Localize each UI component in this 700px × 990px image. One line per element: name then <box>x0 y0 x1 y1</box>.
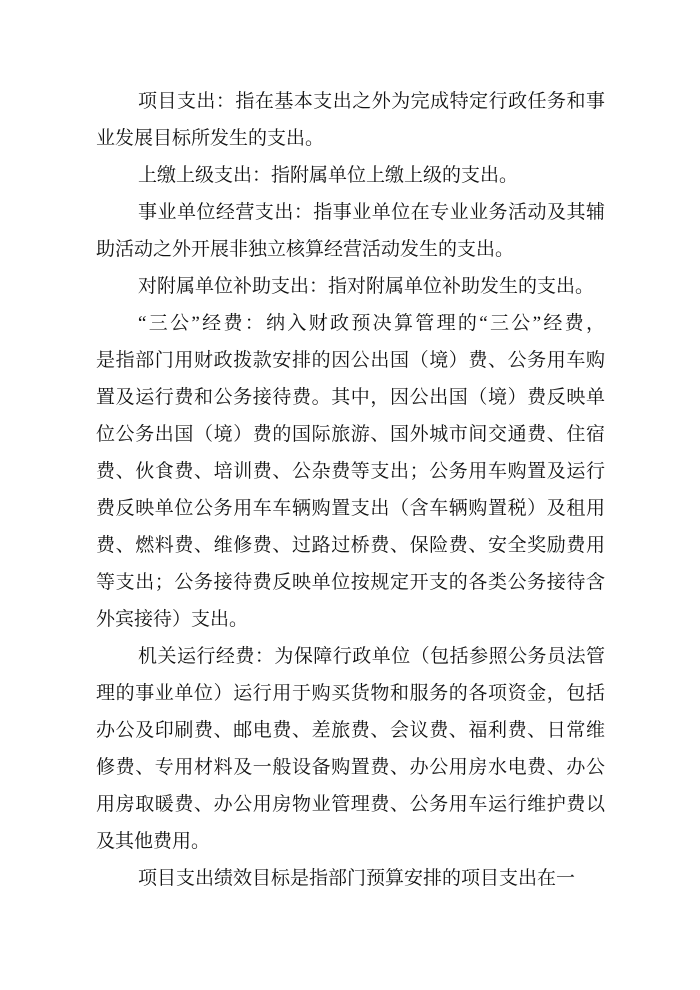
doc-line: 项目支出绩效目标是指部门预算安排的项目支出在一 <box>96 860 605 897</box>
doc-line: 费反映单位公务用车车辆购置支出（含车辆购置税）及租用 <box>96 490 605 527</box>
doc-line: 位公务出国（境）费的国际旅游、国外城市间交通费、住宿 <box>96 416 605 453</box>
document-page: 项目支出：指在基本支出之外为完成特定行政任务和事 业发展目标所发生的支出。 上缴… <box>0 0 700 990</box>
doc-line: “三公”经费：纳入财政预决算管理的“三公”经费， <box>96 305 605 342</box>
paragraph-subsidy-to-affiliated-units: 对附属单位补助支出：指对附属单位补助发生的支出。 <box>96 268 605 305</box>
doc-line: 置及运行费和公务接待费。其中，因公出国（境）费反映单 <box>96 379 605 416</box>
doc-line: 费、燃料费、维修费、过路过桥费、保险费、安全奖励费用 <box>96 527 605 564</box>
doc-line: 用房取暖费、办公用房物业管理费、公务用车运行维护费以 <box>96 786 605 823</box>
doc-line: 是指部门用财政拨款安排的因公出国（境）费、公务用车购 <box>96 342 605 379</box>
doc-line: 事业单位经营支出：指事业单位在专业业务活动及其辅 <box>96 194 605 231</box>
doc-line: 修费、专用材料及一般设备购置费、办公用房水电费、办公 <box>96 749 605 786</box>
doc-line: 费、伙食费、培训费、公杂费等支出；公务用车购置及运行 <box>96 453 605 490</box>
paragraph-three-public-funds: “三公”经费：纳入财政预决算管理的“三公”经费， 是指部门用财政拨款安排的因公出… <box>96 305 605 638</box>
doc-line: 办公及印刷费、邮电费、差旅费、会议费、福利费、日常维 <box>96 712 605 749</box>
doc-line: 理的事业单位）运行用于购买货物和服务的各项资金，包括 <box>96 675 605 712</box>
doc-line: 等支出；公务接待费反映单位按规定开支的各类公务接待含 <box>96 564 605 601</box>
paragraph-payment-to-superior: 上缴上级支出：指附属单位上缴上级的支出。 <box>96 157 605 194</box>
paragraph-project-expenditure: 项目支出：指在基本支出之外为完成特定行政任务和事 业发展目标所发生的支出。 <box>96 83 605 157</box>
paragraph-agency-operating-funds: 机关运行经费：为保障行政单位（包括参照公务员法管 理的事业单位）运行用于购买货物… <box>96 638 605 860</box>
doc-line: 外宾接待）支出。 <box>96 601 605 638</box>
doc-line: 项目支出：指在基本支出之外为完成特定行政任务和事 <box>96 83 605 120</box>
doc-line: 及其他费用。 <box>96 823 605 860</box>
paragraph-project-performance-goals: 项目支出绩效目标是指部门预算安排的项目支出在一 <box>96 860 605 897</box>
doc-line: 助活动之外开展非独立核算经营活动发生的支出。 <box>96 231 605 268</box>
doc-line: 对附属单位补助支出：指对附属单位补助发生的支出。 <box>96 268 605 305</box>
doc-line: 机关运行经费：为保障行政单位（包括参照公务员法管 <box>96 638 605 675</box>
paragraph-business-unit-operating-expenditure: 事业单位经营支出：指事业单位在专业业务活动及其辅 助活动之外开展非独立核算经营活… <box>96 194 605 268</box>
doc-line: 业发展目标所发生的支出。 <box>96 120 605 157</box>
doc-line: 上缴上级支出：指附属单位上缴上级的支出。 <box>96 157 605 194</box>
document-text-block: 项目支出：指在基本支出之外为完成特定行政任务和事 业发展目标所发生的支出。 上缴… <box>96 83 605 897</box>
